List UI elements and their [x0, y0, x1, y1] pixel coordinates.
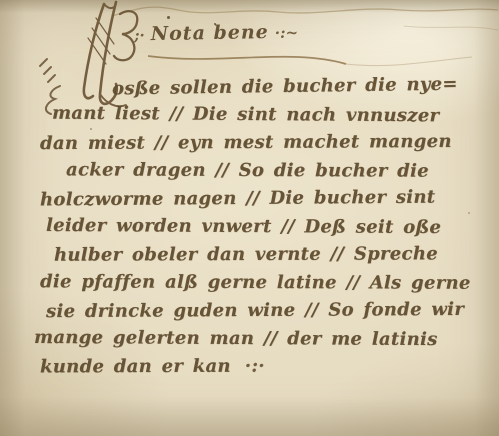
text-line: holczworme nagen // Die bucher sint — [40, 187, 436, 211]
text-line: osße sollen die bucher die nye= — [112, 74, 458, 100]
end-ornament: ·:· — [231, 356, 265, 377]
text-line: dan miest // eyn mest machet mangen — [40, 131, 452, 154]
text-line: die pfaffen alß gerne latine // Als gern… — [40, 271, 471, 294]
text-line-final: kunde dan er kan — [40, 356, 231, 378]
ink-speck — [468, 212, 470, 214]
text-line: mange gelerten man // der me latinis — [34, 327, 438, 350]
text-line: acker dragen // So die bucher die — [66, 159, 429, 181]
ink-speck — [167, 16, 170, 19]
heading-ornament-left: ;· — [128, 26, 151, 44]
manuscript-page: ;·Nota bene·:~ osße sollen die bucher di… — [0, 0, 499, 436]
text-line: sie drincke guden wine // So fonde wir — [46, 299, 464, 322]
text-line: mant liest // Die sint nach vnnuszer — [52, 103, 439, 127]
ink-speck — [90, 128, 92, 130]
heading-text: Nota bene — [151, 21, 269, 45]
text-line: kunde dan er kan·:· — [40, 356, 265, 378]
page-heading: ;·Nota bene·:~ — [128, 20, 304, 45]
text-line: hulber obeler dan vernte // Spreche — [54, 243, 438, 265]
text-line: leider worden vnwert // Deß seit oße — [46, 215, 441, 238]
heading-ornament-right: ·:~ — [269, 23, 305, 42]
heading-underline-swash — [0, 46, 499, 72]
